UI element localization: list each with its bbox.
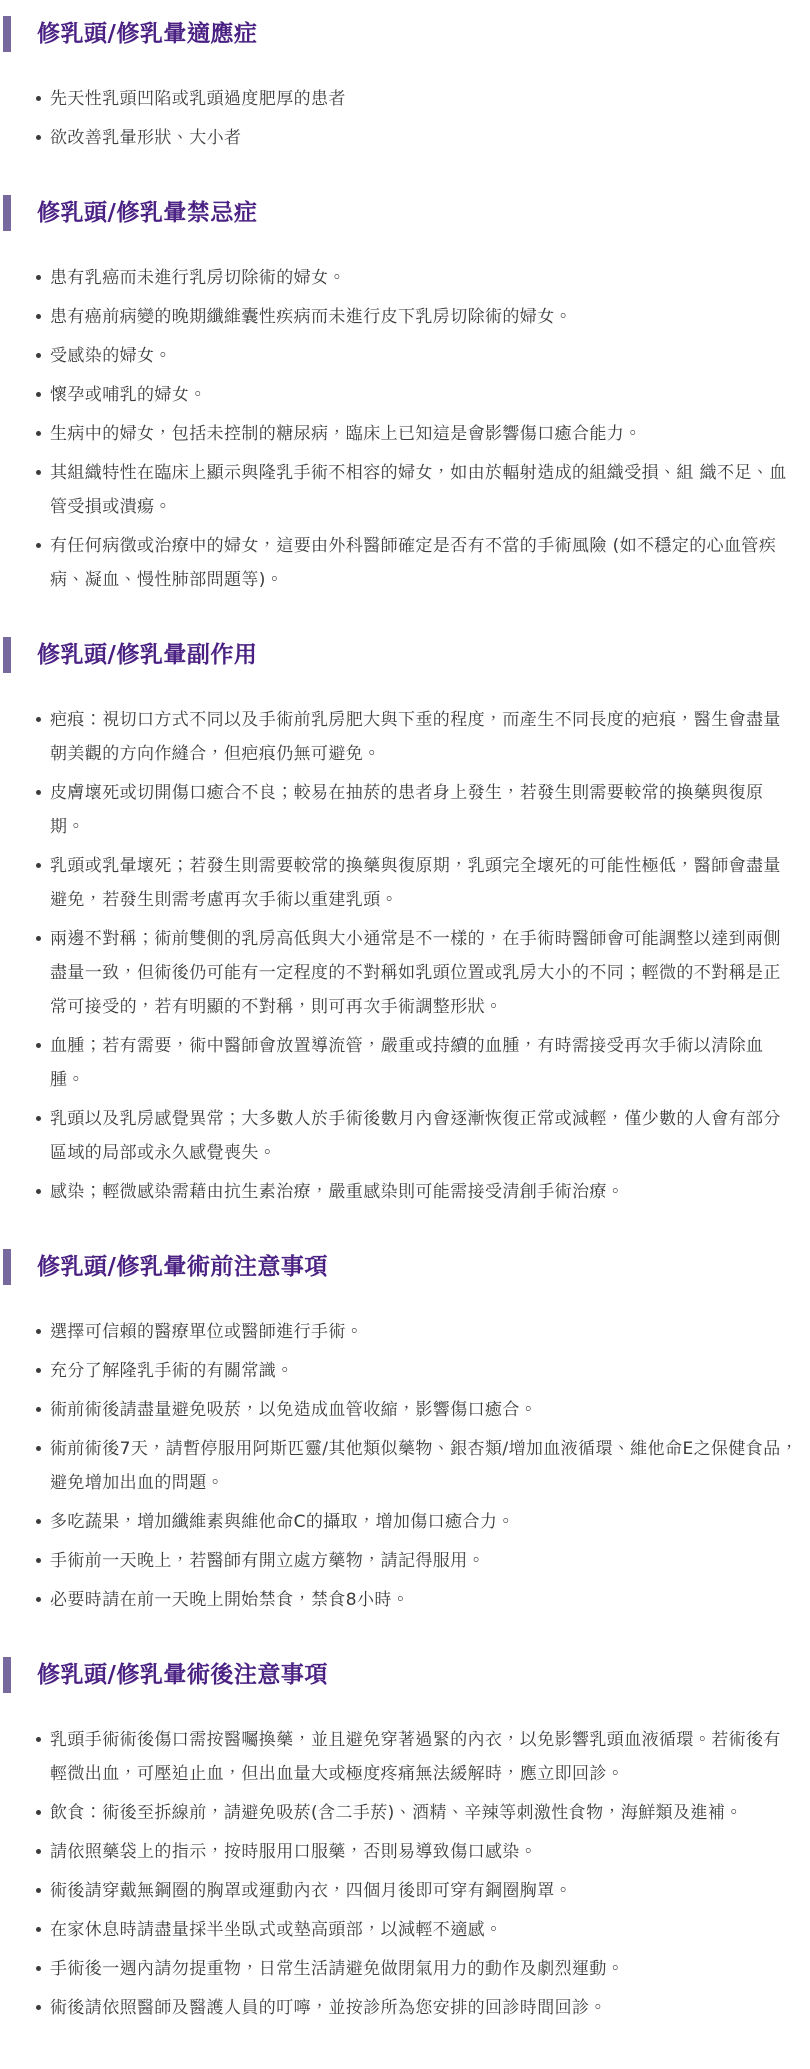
section-title: 修乳頭/修乳暈術後注意事項 (3, 1657, 798, 1693)
bullet-list: 患有乳癌而未進行乳房切除術的婦女。 患有癌前病變的晚期纖維囊性疾病而未進行皮下乳… (3, 261, 798, 597)
bullet-item: 血腫；若有需要，術中醫師會放置導流管，嚴重或持續的血腫，有時需接受再次手術以清除… (50, 1029, 798, 1097)
bullet-item: 選擇可信賴的醫療單位或醫師進行手術。 (50, 1315, 798, 1349)
bullet-item: 手術前一天晚上，若醫師有開立處方藥物，請記得服用。 (50, 1544, 798, 1578)
section-title: 修乳頭/修乳暈副作用 (3, 637, 798, 673)
bullet-item: 患有癌前病變的晚期纖維囊性疾病而未進行皮下乳房切除術的婦女。 (50, 300, 798, 334)
bullet-item: 欲改善乳暈形狀、大小者 (50, 121, 798, 155)
content-section: 修乳頭/修乳暈副作用 疤痕：視切口方式不同以及手術前乳房肥大與下垂的程度，而產生… (3, 637, 798, 1209)
bullet-item: 必要時請在前一天晚上開始禁食，禁食8小時。 (50, 1583, 798, 1617)
bullet-item: 術後請穿戴無鋼圈的胸罩或運動內衣，四個月後即可穿有鋼圈胸罩。 (50, 1874, 798, 1908)
bullet-item: 皮膚壞死或切開傷口癒合不良；較易在抽菸的患者身上發生，若發生則需要較常的換藥與復… (50, 776, 798, 844)
bullet-item: 術前術後7天，請暫停服用阿斯匹靈/其他類似藥物、銀杏類/增加血液循環、維他命E之… (50, 1432, 798, 1500)
bullet-item: 在家休息時請盡量採半坐臥式或墊高頭部，以減輕不適感。 (50, 1913, 798, 1947)
bullet-item: 飲食：術後至拆線前，請避免吸菸(含二手菸)、酒精、辛辣等刺激性食物，海鮮類及進補… (50, 1796, 798, 1830)
content-section: 修乳頭/修乳暈適應症 先天性乳頭凹陷或乳頭過度肥厚的患者 欲改善乳暈形狀、大小者 (3, 16, 798, 155)
section-title: 修乳頭/修乳暈術前注意事項 (3, 1249, 798, 1285)
bullet-item: 疤痕：視切口方式不同以及手術前乳房肥大與下垂的程度，而產生不同長度的疤痕，醫生會… (50, 703, 798, 771)
bullet-item: 多吃蔬果，增加纖維素與維他命C的攝取，增加傷口癒合力。 (50, 1505, 798, 1539)
bullet-item: 乳頭以及乳房感覺異常；大多數人於手術後數月內會逐漸恢復正常或減輕，僅少數的人會有… (50, 1102, 798, 1170)
bullet-item: 先天性乳頭凹陷或乳頭過度肥厚的患者 (50, 82, 798, 116)
bullet-item: 患有乳癌而未進行乳房切除術的婦女。 (50, 261, 798, 295)
bullet-item: 受感染的婦女。 (50, 339, 798, 373)
section-title: 修乳頭/修乳暈適應症 (3, 16, 798, 52)
bullet-item: 生病中的婦女，包括未控制的糖尿病，臨床上已知這是會影響傷口癒合能力。 (50, 417, 798, 451)
bullet-item: 乳頭手術術後傷口需按醫囑換藥，並且避免穿著過緊的內衣，以免影響乳頭血液循環。若術… (50, 1723, 798, 1791)
bullet-list: 選擇可信賴的醫療單位或醫師進行手術。 充分了解隆乳手術的有關常識。 術前術後請盡… (3, 1315, 798, 1617)
bullet-item: 兩邊不對稱；術前雙側的乳房高低與大小通常是不一樣的，在手術時醫師會可能調整以達到… (50, 922, 798, 1024)
bullet-list: 先天性乳頭凹陷或乳頭過度肥厚的患者 欲改善乳暈形狀、大小者 (3, 82, 798, 155)
bullet-item: 術前術後請盡量避免吸菸，以免造成血管收縮，影響傷口癒合。 (50, 1393, 798, 1427)
content-section: 修乳頭/修乳暈術後注意事項 乳頭手術術後傷口需按醫囑換藥，並且避免穿著過緊的內衣… (3, 1657, 798, 2025)
bullet-item: 請依照藥袋上的指示，按時服用口服藥，否則易導致傷口感染。 (50, 1835, 798, 1869)
bullet-item: 手術後一週內請勿提重物，日常生活請避免做閉氣用力的動作及劇烈運動。 (50, 1952, 798, 1986)
bullet-item: 乳頭或乳暈壞死；若發生則需要較常的換藥與復原期，乳頭完全壞死的可能性極低，醫師會… (50, 849, 798, 917)
bullet-item: 術後請依照醫師及醫護人員的叮嚀，並按診所為您安排的回診時間回診。 (50, 1991, 798, 2025)
bullet-item: 充分了解隆乳手術的有關常識。 (50, 1354, 798, 1388)
bullet-list: 疤痕：視切口方式不同以及手術前乳房肥大與下垂的程度，而產生不同長度的疤痕，醫生會… (3, 703, 798, 1209)
bullet-item: 有任何病徵或治療中的婦女，這要由外科醫師確定是否有不當的手術風險 (如不穩定的心… (50, 529, 798, 597)
article-content: 修乳頭/修乳暈適應症 先天性乳頭凹陷或乳頭過度肥厚的患者 欲改善乳暈形狀、大小者… (0, 0, 810, 2069)
content-section: 修乳頭/修乳暈禁忌症 患有乳癌而未進行乳房切除術的婦女。 患有癌前病變的晚期纖維… (3, 195, 798, 597)
bullet-item: 感染；輕微感染需藉由抗生素治療，嚴重感染則可能需接受清創手術治療。 (50, 1175, 798, 1209)
content-section: 修乳頭/修乳暈術前注意事項 選擇可信賴的醫療單位或醫師進行手術。 充分了解隆乳手… (3, 1249, 798, 1617)
bullet-item: 其組織特性在臨床上顯示與隆乳手術不相容的婦女，如由於輻射造成的組織受損、組 織不… (50, 456, 798, 524)
bullet-list: 乳頭手術術後傷口需按醫囑換藥，並且避免穿著過緊的內衣，以免影響乳頭血液循環。若術… (3, 1723, 798, 2025)
bullet-item: 懷孕或哺乳的婦女。 (50, 378, 798, 412)
section-title: 修乳頭/修乳暈禁忌症 (3, 195, 798, 231)
